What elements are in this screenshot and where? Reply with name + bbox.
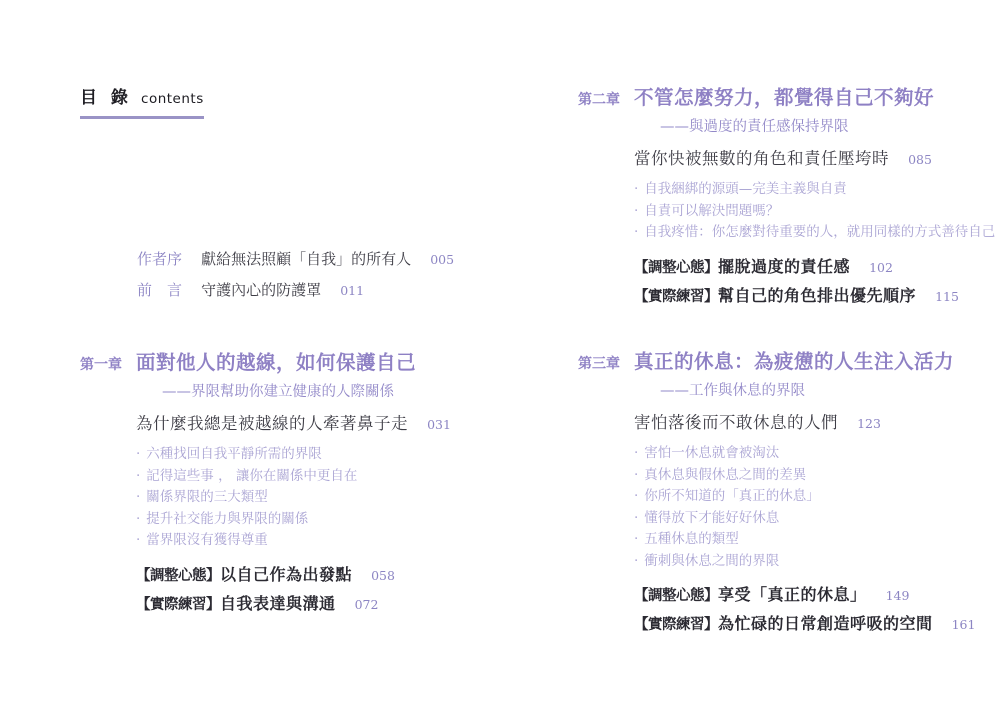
bullet-item: 害怕一休息就會被淘汰 <box>634 443 998 465</box>
entry-page-number: 005 <box>430 252 454 267</box>
section-bullet-list: 六種找回自我平靜所需的界限 記得這些事 ， 讓你在關係中更自在 關係界限的三大類… <box>80 444 520 552</box>
chapter-title: 面對他人的越線，如何保護自己 <box>136 350 416 376</box>
section-heading: 害怕落後而不敢休息的人們 <box>634 413 838 432</box>
section-page-number: 085 <box>908 152 932 167</box>
bullet-item: 提升社交能力與界限的關係 <box>136 509 520 531</box>
chapter-number: 第三章 <box>578 353 626 373</box>
section-heading-row: 當你快被無數的角色和責任壓垮時 085 <box>634 147 998 172</box>
bullet-item: 關係界限的三大類型 <box>136 487 520 509</box>
exercise-page-number: 115 <box>935 289 959 304</box>
exercise-list: 【調整心態】擺脫過度的責任感 102 【實際練習】幫自己的角色排出優先順序 11… <box>634 253 998 311</box>
exercise-page-number: 161 <box>952 617 976 632</box>
bullet-item: 記得這些事 ， 讓你在關係中更自在 <box>136 466 520 488</box>
exercise-title: 以自己作為出發點 <box>220 565 352 584</box>
bullet-item: 真休息與假休息之間的差異 <box>634 465 998 487</box>
chapter-1-heading-row: 第一章 面對他人的越線，如何保護自己 <box>80 350 520 376</box>
exercise-label: 【實際練習】 <box>634 617 718 633</box>
chapter-number: 第二章 <box>578 89 626 109</box>
entry-title: 守護內心的防護罩 <box>201 281 321 299</box>
exercise-label: 【調整心態】 <box>634 588 718 604</box>
section-page-number: 123 <box>857 416 881 431</box>
exercise-label: 【實際練習】 <box>634 289 718 305</box>
section-bullet-list: 自我綑綁的源頭—完美主義與自責 自責可以解決問題嗎？ 自我疼惜：你怎麼對待重要的… <box>578 179 998 244</box>
exercise-mindset: 【調整心態】享受「真正的休息」 149 <box>634 581 998 610</box>
exercise-title: 幫自己的角色排出優先順序 <box>718 286 916 305</box>
toc-page: 目 錄 contents 作者序 獻給無法照顧「自我」的所有人 005 前 言 … <box>0 0 1000 709</box>
chapter-2: 第二章 不管怎麼努力，都覺得自己不夠好 ——與過度的責任感保持界限 當你快被無數… <box>578 85 998 311</box>
chapter-subtitle: ——工作與休息的界限 <box>660 381 998 401</box>
front-matter: 作者序 獻給無法照顧「自我」的所有人 005 前 言 守護內心的防護罩 011 <box>137 244 454 306</box>
bullet-item: 當界限沒有獲得尊重 <box>136 530 520 552</box>
exercise-title: 自我表達與溝通 <box>220 594 336 613</box>
section-page-number: 031 <box>427 417 451 432</box>
right-column: 第二章 不管怎麼努力，都覺得自己不夠好 ——與過度的責任感保持界限 當你快被無數… <box>578 0 998 709</box>
exercise-label: 【調整心態】 <box>634 260 718 276</box>
chapter-2-heading-row: 第二章 不管怎麼努力，都覺得自己不夠好 <box>578 85 998 111</box>
section-bullet-list: 害怕一休息就會被淘汰 真休息與假休息之間的差異 你所不知道的「真正的休息」 懂得… <box>578 443 998 572</box>
exercise-page-number: 072 <box>355 597 379 612</box>
left-column: 目 錄 contents 作者序 獻給無法照顧「自我」的所有人 005 前 言 … <box>80 0 520 709</box>
bullet-item: 自我疼惜：你怎麼對待重要的人，就用同樣的方式善待自己 <box>634 222 998 244</box>
toc-entry-author-preface: 作者序 獻給無法照顧「自我」的所有人 005 <box>137 244 454 275</box>
toc-title-en: contents <box>141 91 204 107</box>
chapter-title: 真正的休息：為疲憊的人生注入活力 <box>634 349 954 375</box>
bullet-item: 六種找回自我平靜所需的界限 <box>136 444 520 466</box>
exercise-title: 為忙碌的日常創造呼吸的空間 <box>718 614 933 633</box>
exercise-label: 【調整心態】 <box>136 568 220 584</box>
exercise-title: 享受「真正的休息」 <box>718 585 867 604</box>
exercise-practice: 【實際練習】為忙碌的日常創造呼吸的空間 161 <box>634 610 998 639</box>
exercise-mindset: 【調整心態】擺脫過度的責任感 102 <box>634 253 998 282</box>
chapter-3-heading-row: 第三章 真正的休息：為疲憊的人生注入活力 <box>578 349 998 375</box>
entry-label: 作者序 <box>137 250 182 268</box>
bullet-item: 衝刺與休息之間的界限 <box>634 551 998 573</box>
bullet-item: 五種休息的類型 <box>634 529 998 551</box>
exercise-practice: 【實際練習】幫自己的角色排出優先順序 115 <box>634 282 998 311</box>
entry-label: 前 言 <box>137 281 182 299</box>
exercise-page-number: 102 <box>869 260 893 275</box>
bullet-item: 懂得放下才能好好休息 <box>634 508 998 530</box>
section-heading-row: 害怕落後而不敢休息的人們 123 <box>634 411 998 436</box>
entry-page-number: 011 <box>340 283 364 298</box>
chapter-subtitle: ——與過度的責任感保持界限 <box>660 117 998 137</box>
chapter-1: 第一章 面對他人的越線，如何保護自己 ——界限幫助你建立健康的人際關係 為什麼我… <box>80 350 520 619</box>
chapter-3: 第三章 真正的休息：為疲憊的人生注入活力 ——工作與休息的界限 害怕落後而不敢休… <box>578 349 998 639</box>
toc-entry-foreword: 前 言 守護內心的防護罩 011 <box>137 275 454 306</box>
bullet-item: 自我綑綁的源頭—完美主義與自責 <box>634 179 998 201</box>
exercise-list: 【調整心態】以自己作為出發點 058 【實際練習】自我表達與溝通 072 <box>136 561 520 619</box>
chapter-title: 不管怎麼努力，都覺得自己不夠好 <box>634 85 934 111</box>
exercise-mindset: 【調整心態】以自己作為出發點 058 <box>136 561 520 590</box>
exercise-label: 【實際練習】 <box>136 597 220 613</box>
exercise-list: 【調整心態】享受「真正的休息」 149 【實際練習】為忙碌的日常創造呼吸的空間 … <box>634 581 998 639</box>
exercise-page-number: 058 <box>371 568 395 583</box>
entry-title: 獻給無法照顧「自我」的所有人 <box>201 250 411 268</box>
bullet-item: 你所不知道的「真正的休息」 <box>634 486 998 508</box>
exercise-practice: 【實際練習】自我表達與溝通 072 <box>136 590 520 619</box>
toc-header: 目 錄 contents <box>80 83 204 119</box>
exercise-page-number: 149 <box>886 588 910 603</box>
exercise-title: 擺脫過度的責任感 <box>718 257 850 276</box>
section-heading-row: 為什麼我總是被越線的人牽著鼻子走 031 <box>136 412 520 437</box>
bullet-item: 自責可以解決問題嗎？ <box>634 201 998 223</box>
chapter-number: 第一章 <box>80 354 128 374</box>
toc-title-zh: 目 錄 <box>80 88 132 108</box>
section-heading: 為什麼我總是被越線的人牽著鼻子走 <box>136 414 408 433</box>
section-heading: 當你快被無數的角色和責任壓垮時 <box>634 149 889 168</box>
chapter-subtitle: ——界限幫助你建立健康的人際關係 <box>162 382 520 402</box>
